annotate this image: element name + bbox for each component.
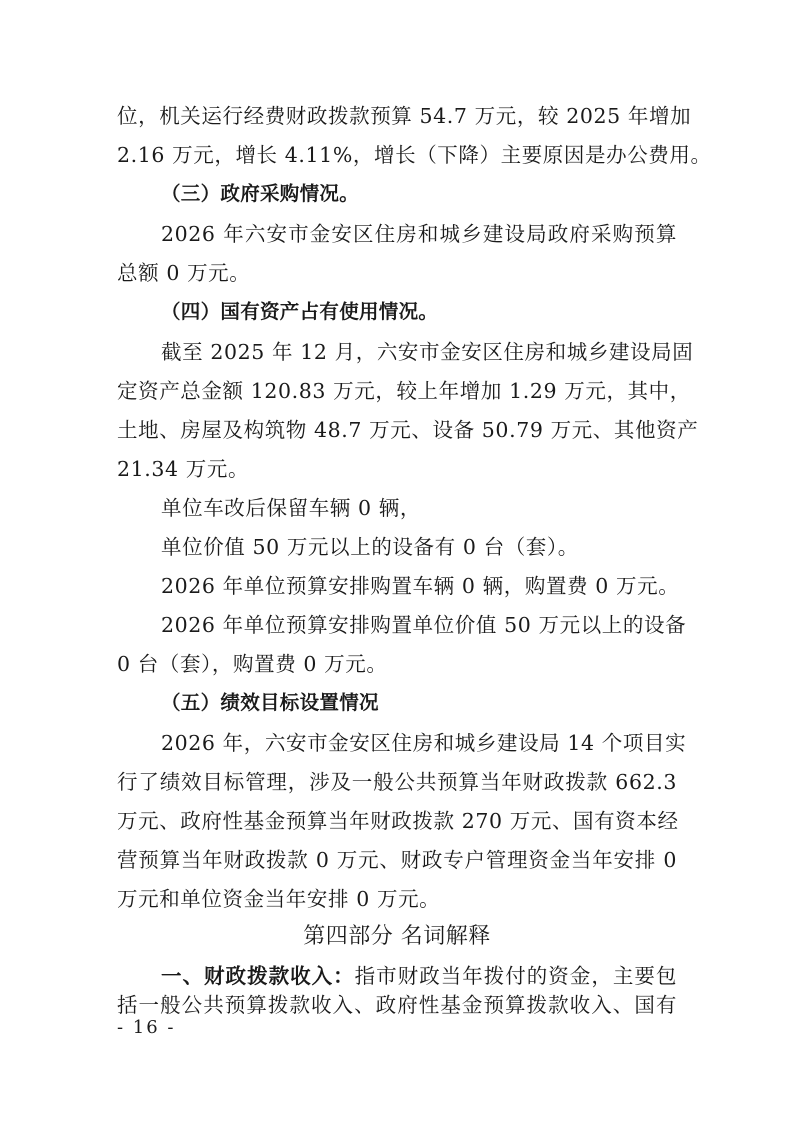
paragraph-line: 2026 年单位预算安排购置车辆 0 辆，购置费 0 万元。 [161, 572, 677, 600]
paragraph-line: 营预算当年财政拨款 0 万元、财政专户管理资金当年安排 0 [117, 846, 677, 874]
section-heading-assets: （四）国有资产占有使用情况。 [161, 298, 721, 326]
page-number: - 16 - [117, 1017, 176, 1038]
paragraph-line: 万元和单位资金当年安排 0 万元。 [117, 885, 677, 913]
paragraph-line: 单位车改后保留车辆 0 辆， [161, 494, 677, 522]
paragraph-line: 2026 年，六安市金安区住房和城乡建设局 14 个项目实 [161, 729, 677, 757]
term-label: 一、财政拨款收入： [161, 964, 355, 988]
paragraph-line: 2.16 万元，增长 4.11%，增长（下降）主要原因是办公费用。 [117, 141, 677, 169]
part-title: 第四部分 名词解释 [117, 923, 677, 951]
section-heading-performance: （五）绩效目标设置情况 [161, 689, 721, 717]
paragraph-line: 定资产总金额 120.83 万元，较上年增加 1.29 万元，其中， [117, 377, 677, 405]
term-definition-line: 一、财政拨款收入：指市财政当年拨付的资金，主要包 [161, 962, 677, 990]
paragraph-line: 0 台（套），购置费 0 万元。 [117, 650, 677, 678]
paragraph-line: 单位价值 50 万元以上的设备有 0 台（套）。 [161, 533, 677, 561]
paragraph-line: 位，机关运行经费财政拨款预算 54.7 万元，较 2025 年增加 [117, 102, 677, 130]
section-heading-procurement: （三）政府采购情况。 [161, 180, 721, 208]
paragraph-line: 2026 年六安市金安区住房和城乡建设局政府采购预算 [161, 220, 677, 248]
paragraph-line: 万元、政府性基金预算当年财政拨款 270 万元、国有资本经 [117, 807, 677, 835]
paragraph-line: 总额 0 万元。 [117, 259, 677, 287]
paragraph-line: 土地、房屋及构筑物 48.7 万元、设备 50.79 万元、其他资产 [117, 416, 677, 444]
paragraph-line: 2026 年单位预算安排购置单位价值 50 万元以上的设备 [161, 611, 677, 639]
paragraph-line: 截至 2025 年 12 月，六安市金安区住房和城乡建设局固 [161, 338, 677, 366]
paragraph-line: 括一般公共预算拨款收入、政府性基金预算拨款收入、国有 [117, 991, 677, 1019]
term-text: 指市财政当年拨付的资金，主要包 [355, 964, 677, 988]
paragraph-line: 21.34 万元。 [117, 455, 677, 483]
paragraph-line: 行了绩效目标管理，涉及一般公共预算当年财政拨款 662.3 [117, 768, 677, 796]
